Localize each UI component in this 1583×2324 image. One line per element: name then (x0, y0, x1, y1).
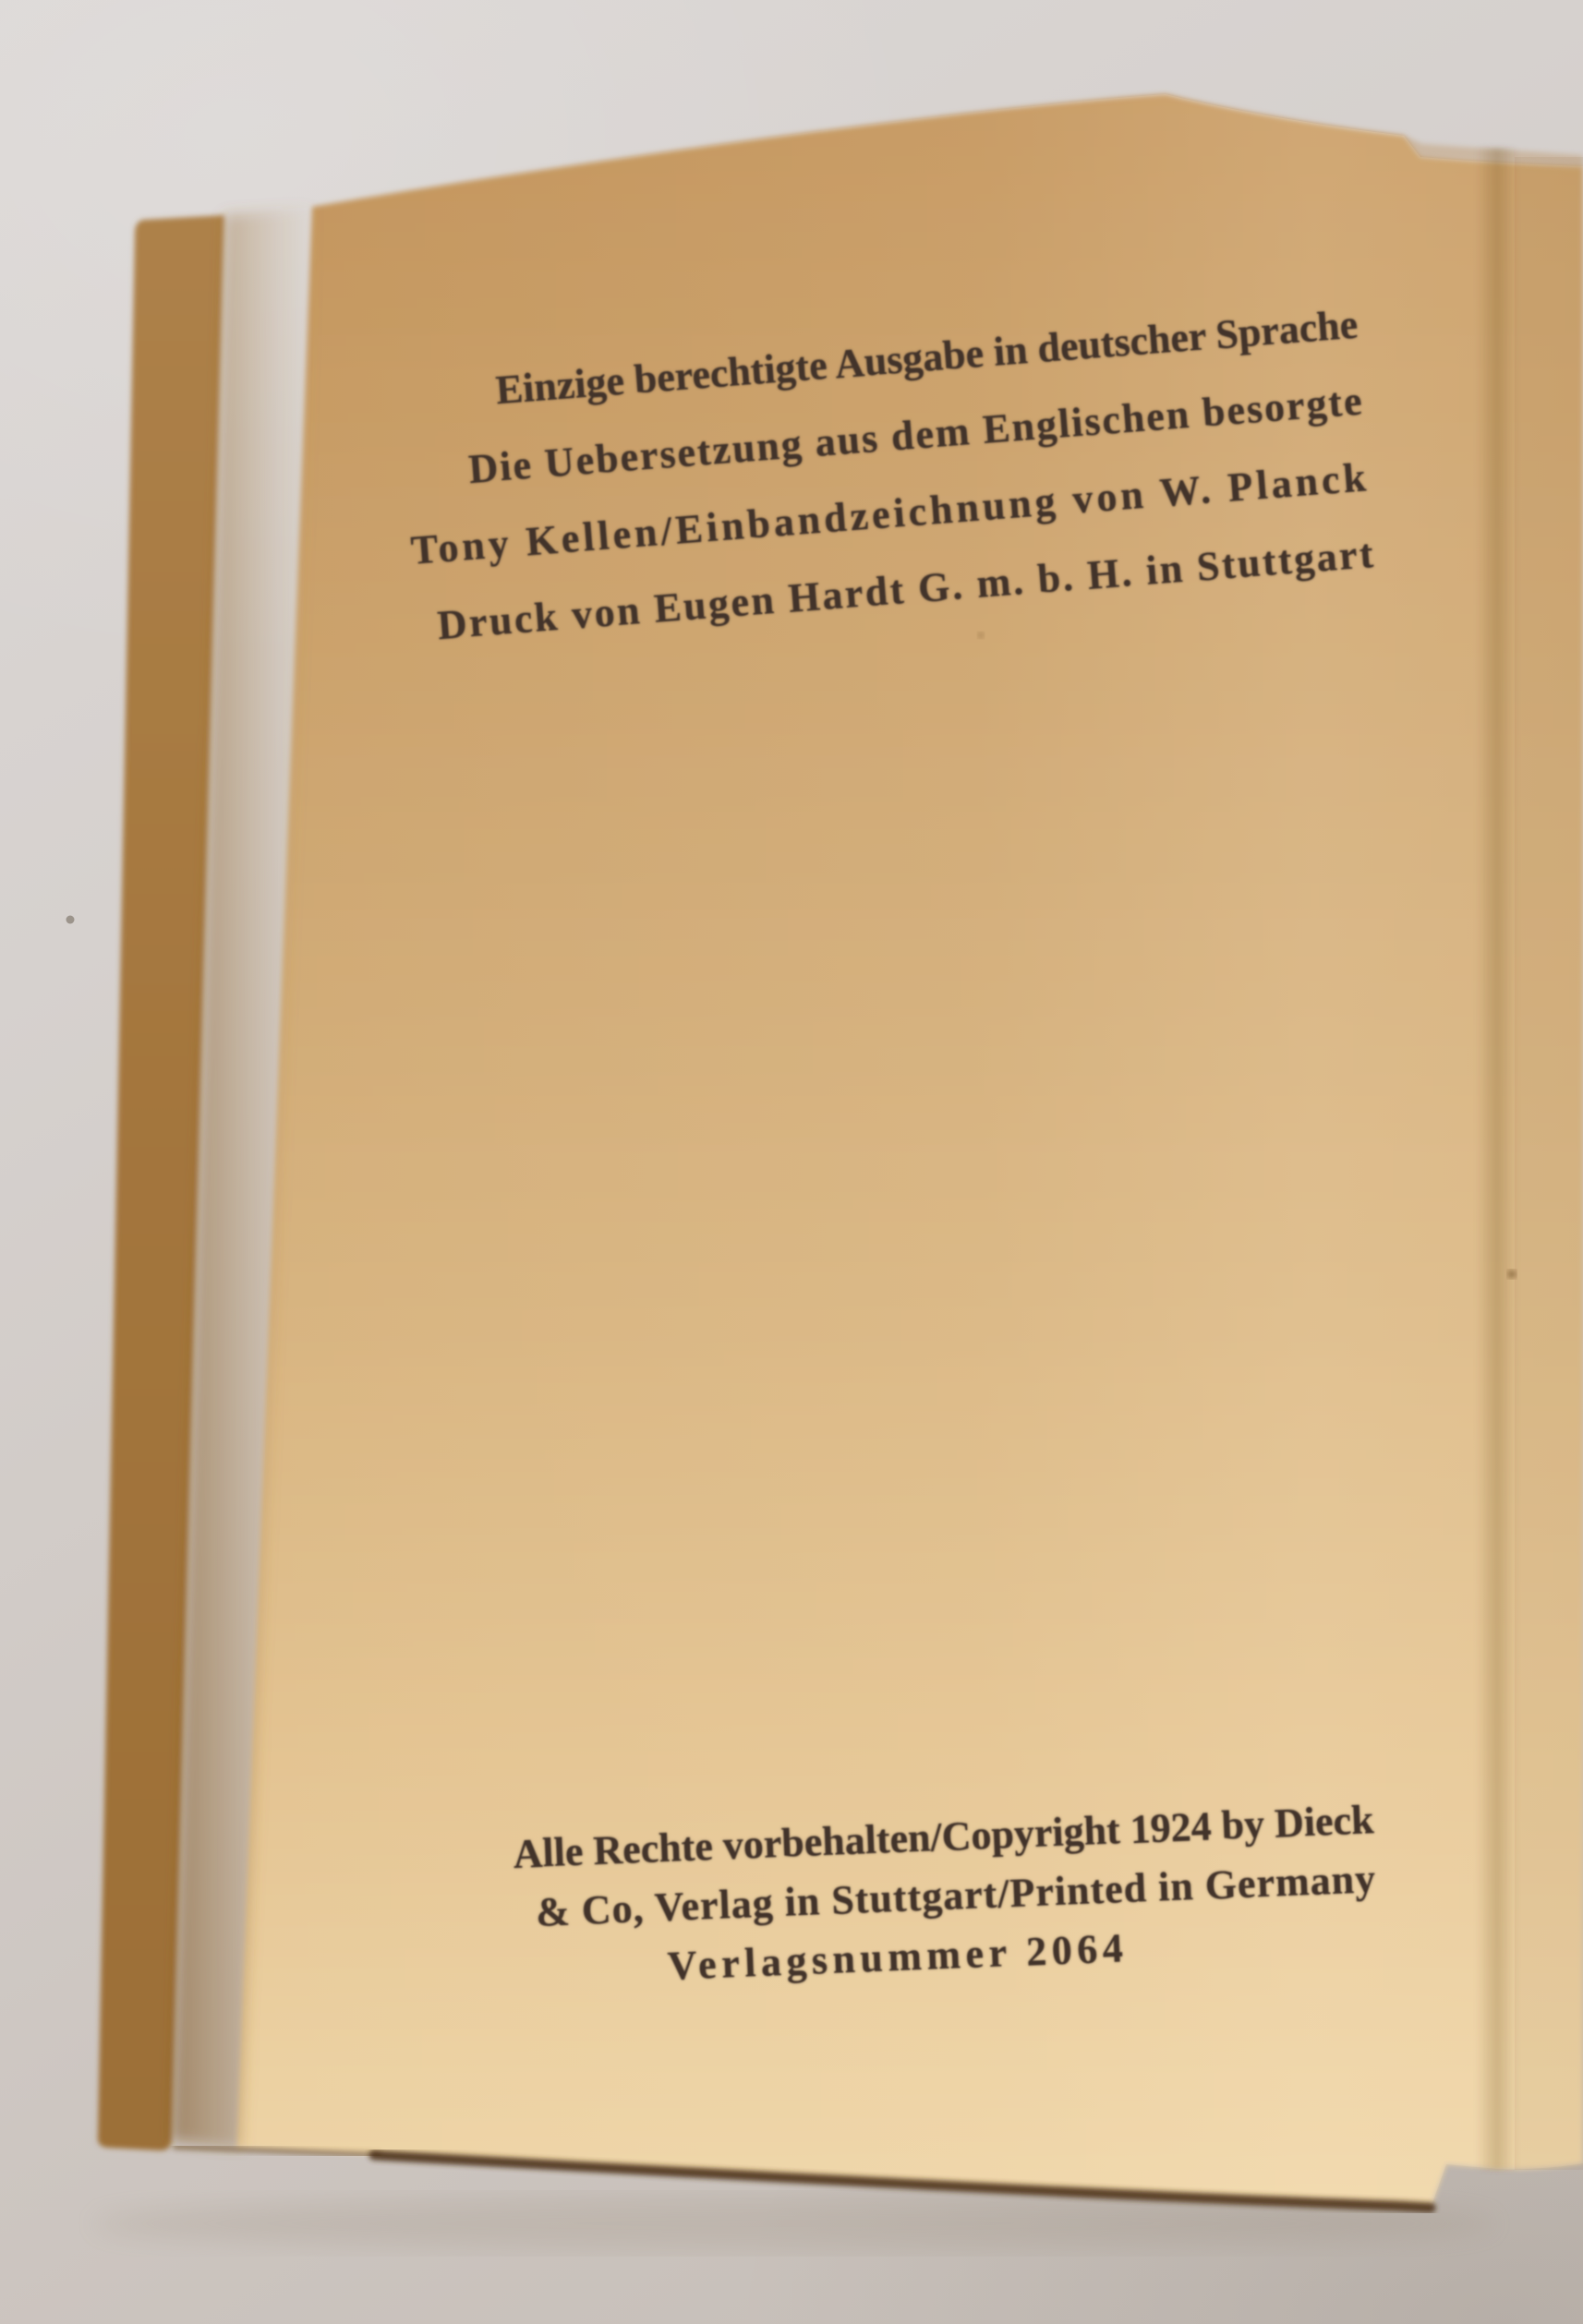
speck-on-wall (66, 916, 75, 924)
fore-edge-crease (1476, 148, 1518, 2170)
book-photo: Einzige berechtigte Ausgabe in deutscher… (0, 0, 1583, 2324)
speck-on-page (1507, 1270, 1517, 1279)
fore-edge-wash (1515, 157, 1583, 2170)
speck-on-page-2 (978, 632, 985, 639)
